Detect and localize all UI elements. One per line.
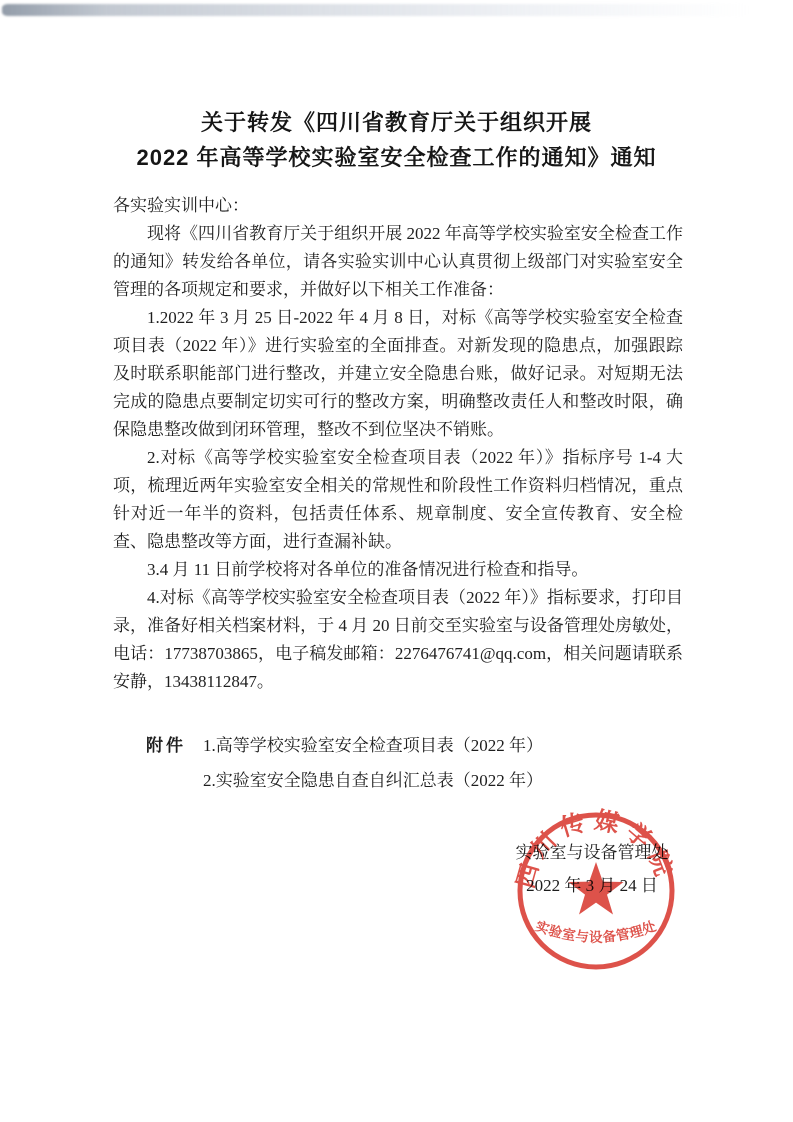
star-icon	[568, 862, 623, 915]
salutation: 各实验实训中心：	[113, 192, 683, 220]
notice-title: 关于转发《四川省教育厅关于组织开展 2022 年高等学校实验室安全检查工作的通知…	[0, 105, 793, 175]
attachment-item-2: 2.实验室安全隐患自查自纠汇总表（2022 年）	[203, 763, 543, 798]
body-paragraph-intro: 现将《四川省教育厅关于组织开展 2022 年高等学校实验室安全检查工作的通知》转…	[113, 220, 683, 304]
notice-document-page: 关于转发《四川省教育厅关于组织开展 2022 年高等学校实验室安全检查工作的通知…	[0, 0, 793, 1122]
notice-body: 各实验实训中心： 现将《四川省教育厅关于组织开展 2022 年高等学校实验室安全…	[113, 192, 683, 696]
body-paragraph-item3: 3.4 月 11 日前学校将对各单位的准备情况进行检查和指导。	[113, 556, 683, 584]
seal-bottom-text: 实验室与设备管理处	[534, 917, 659, 944]
notice-title-line2: 2022 年高等学校实验室安全检查工作的通知》通知	[0, 140, 793, 175]
scan-artifact	[2, 4, 750, 16]
notice-title-line1: 关于转发《四川省教育厅关于组织开展	[0, 105, 793, 140]
attachments-block: 附件 1.高等学校实验室安全检查项目表（2022 年） 2.实验室安全隐患自查自…	[146, 728, 543, 798]
official-seal-stamp: 四川传媒学院 实验室与设备管理处	[511, 806, 681, 976]
attachment-item-1: 1.高等学校实验室安全检查项目表（2022 年）	[203, 728, 543, 763]
body-paragraph-item4: 4.对标《高等学校实验室安全检查项目表（2022 年）》指标要求，打印目录，准备…	[113, 584, 683, 696]
body-paragraph-item1: 1.2022 年 3 月 25 日-2022 年 4 月 8 日，对标《高等学校…	[113, 304, 683, 444]
attachments-label: 附件	[146, 728, 186, 798]
body-paragraph-item2: 2.对标《高等学校实验室安全检查项目表（2022 年）》指标序号 1-4 大项，…	[113, 444, 683, 556]
